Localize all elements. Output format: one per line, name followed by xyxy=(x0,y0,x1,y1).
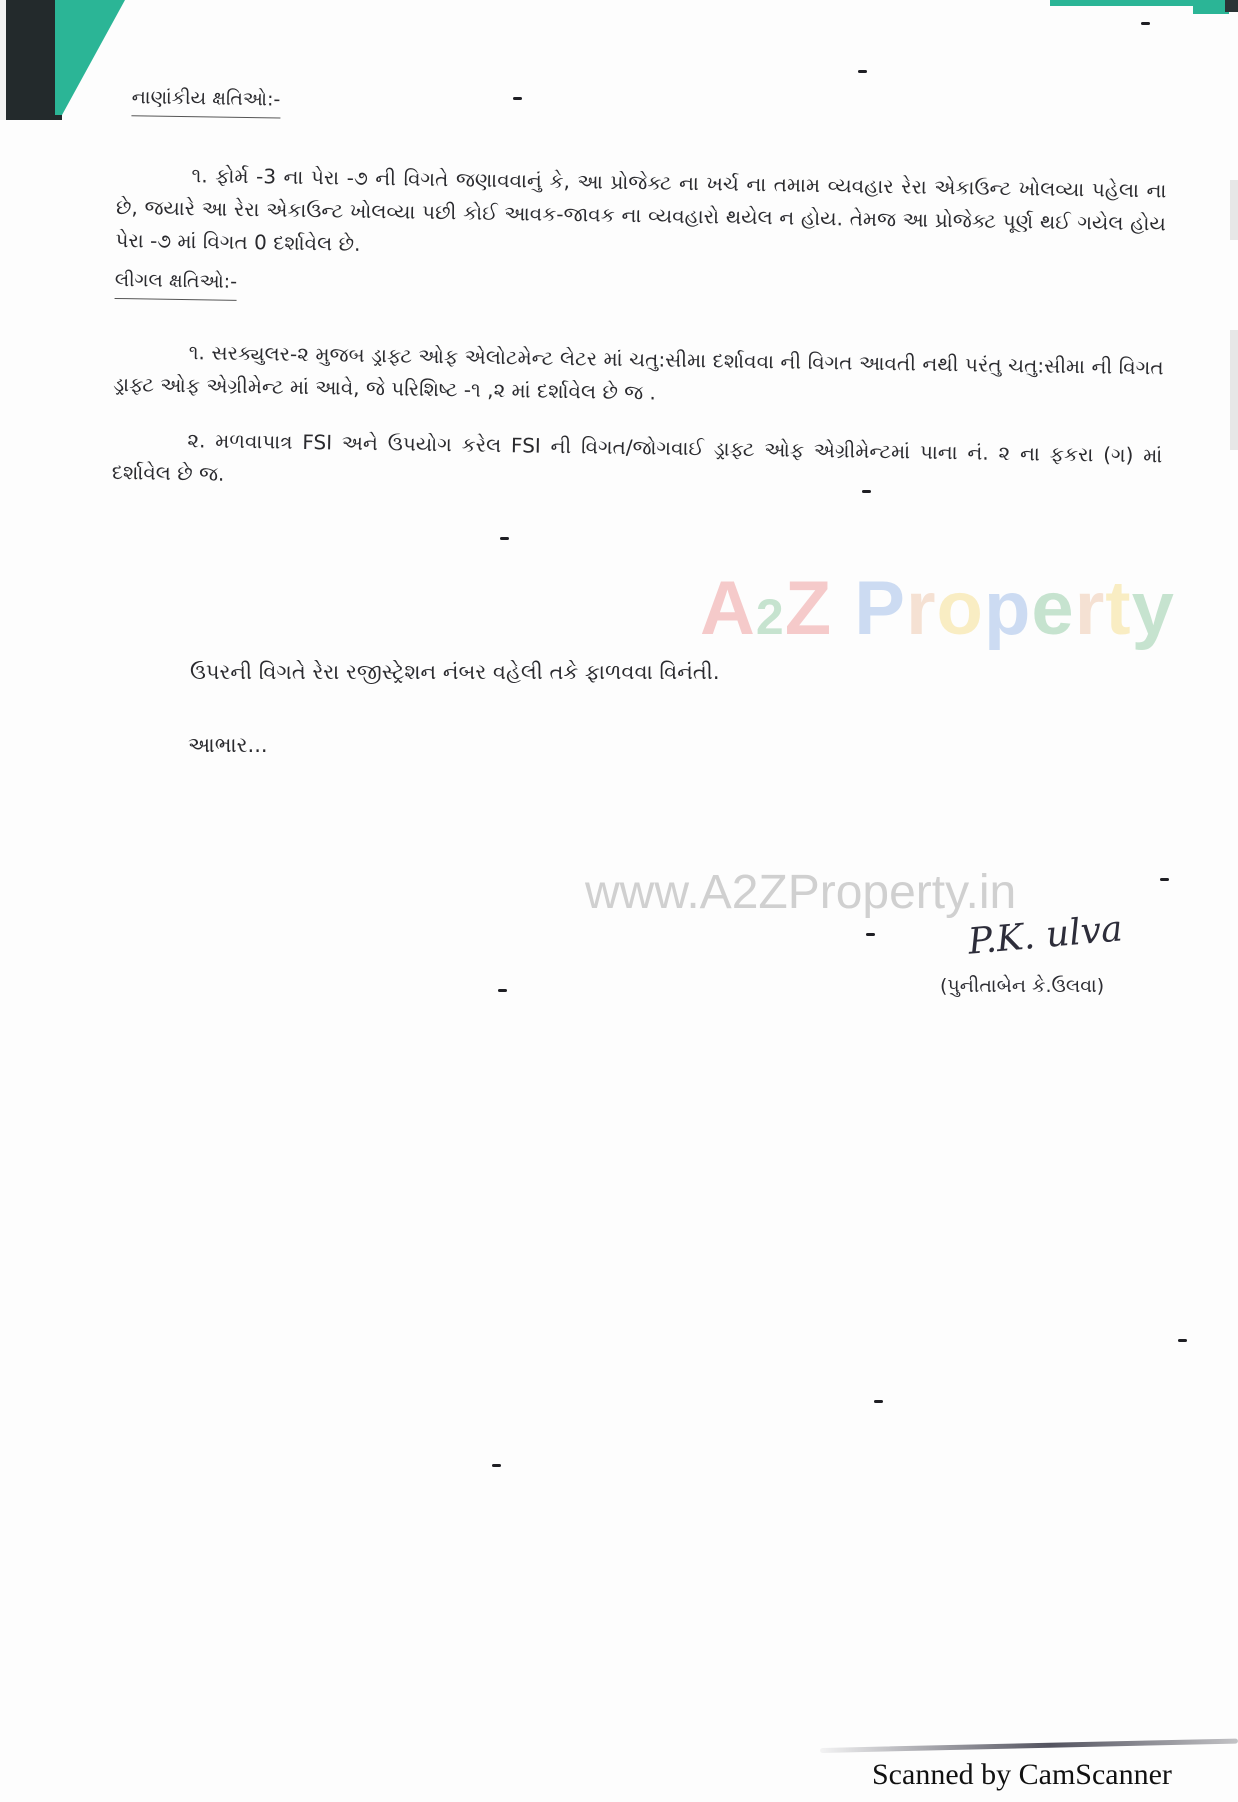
scan-speck xyxy=(1178,1339,1187,1342)
scan-edge-line xyxy=(820,1739,1238,1753)
scan-speck xyxy=(492,1464,501,1467)
legal-point-1: ૧. સરક્યુલર-૨ મુજબ ડ્રાફ્ટ ઓફ એલોટમેન્ટ … xyxy=(113,335,1164,417)
scan-edge-dark xyxy=(0,0,62,120)
camscanner-footer: Scanned by CamScanner xyxy=(872,1758,1172,1792)
scan-speck xyxy=(1141,22,1150,25)
scan-edge-teal-right xyxy=(1193,0,1229,14)
signer-name: (પુનીતાબેન કે.ઉલવા) xyxy=(940,975,1104,997)
section-heading-legal: લીગલ ક્ષતિઓ:- xyxy=(115,264,238,301)
letter-body: નાણાંકીય ક્ષતિઓ:- ૧. ફોર્મ -3 ના પેરા -૭… xyxy=(112,80,1168,505)
scan-speck xyxy=(866,933,875,936)
scan-speck xyxy=(498,989,507,992)
scan-edge-corner xyxy=(1225,0,1238,12)
scanned-page: A2Z Property www.A2ZProperty.in નાણાંકીય… xyxy=(0,0,1238,1802)
scan-speck xyxy=(874,1400,883,1403)
scan-edge-strip xyxy=(1230,330,1238,450)
scan-speck xyxy=(1160,878,1169,881)
scan-speck xyxy=(500,537,509,540)
watermark-url: www.A2ZProperty.in xyxy=(585,865,1016,920)
scan-speck xyxy=(858,70,867,73)
legal-point-2: ૨. મળવાપાત્ર FSI અને ઉપયોગ કરેલ FSI ની વ… xyxy=(112,423,1163,505)
watermark-logo: A2Z Property xyxy=(700,565,1175,652)
closing-request: ઉપરની વિગતે રેરા રજીસ્ટ્રેશન નંબર વહેલી … xyxy=(190,660,720,685)
section-heading-financial: નાણાંકીય ક્ષતિઓ:- xyxy=(131,81,280,118)
scan-edge-teal xyxy=(55,0,125,115)
financial-point-1: ૧. ફોર્મ -3 ના પેરા -૭ ની વિગતે જણાવવાનુ… xyxy=(115,158,1166,273)
thanks-line: આભાર... xyxy=(188,733,268,758)
scan-edge-strip xyxy=(1230,180,1238,240)
